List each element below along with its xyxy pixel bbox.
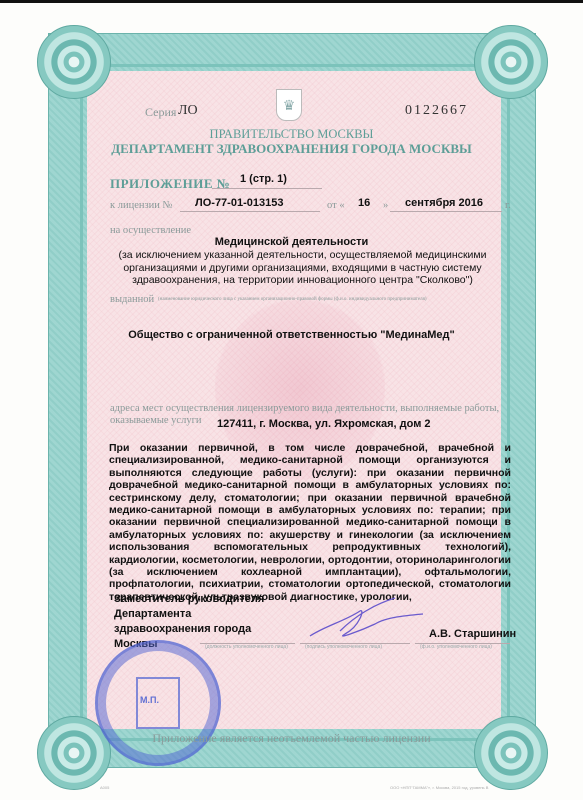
signatory-title-line: Департамента [114,607,264,622]
issued-label: выданной [110,294,154,305]
stamp-mp-text: М.П. [140,695,159,705]
department-name: ДЕПАРТАМЕНТ ЗДРАВООХРАНЕНИЯ ГОРОДА МОСКВ… [0,141,583,157]
activity-label: на осуществление [110,225,191,236]
license-label: к лицензии № [110,200,173,211]
rosette-icon [474,716,548,790]
appendix-underline [212,188,322,189]
issued-caption: (наименование юридического лица с указан… [158,297,427,302]
government-name: ПРАВИТЕЛЬСТВО МОСКВЫ [0,127,583,142]
signatory-title-line: Заместитель руководителя [114,592,264,607]
print-code-left: А005 [100,785,109,790]
signatory-name: А.В. Старшинин [429,628,516,640]
license-day: 16 [358,197,370,209]
license-underline [180,211,320,212]
license-month-year: сентября 2016 [405,197,483,209]
address-value: 127411, г. Москва, ул. Яхромская, дом 2 [217,418,431,430]
services-list: При оказании первичной, в том числе довр… [109,442,511,603]
russian-coat-of-arms-icon: ♛ [276,89,302,121]
year-suffix: г. [505,200,511,211]
appendix-number: 1 (стр. 1) [240,173,287,185]
series-value: ЛО [178,103,198,119]
license-number: ЛО-77-01-013153 [195,197,283,209]
rosette-icon [474,25,548,99]
position-caption: (должность уполномоченного лица) [205,644,288,650]
form-number: 0122667 [405,103,468,119]
signature-caption: (подпись уполномоченного лица) [305,644,382,650]
license-date-from-label: от « [327,200,345,211]
series-label: Серия [145,105,176,120]
printer-imprint: ООО «НПП"ГАММА"», г. Москва, 2015 год, у… [390,785,488,790]
signature-icon [305,596,425,646]
appendix-label: ПРИЛОЖЕНИЕ № [110,176,230,192]
rosette-icon [37,25,111,99]
name-caption: (ф.и.о. уполномоченного лица) [420,644,492,650]
activity-note: (за исключением указанной деятельности, … [100,249,505,287]
footer-note: Приложение является неотъемлемой частью … [0,731,583,746]
date-underline [390,211,502,212]
official-stamp-icon: М.П. [95,640,221,766]
license-day-close: » [383,200,388,211]
organization-name: Общество с ограниченной ответственностью… [0,329,583,341]
scan-top-edge [0,0,583,3]
signatory-title-line: здравоохранения города [114,622,264,637]
activity-title: Медицинской деятельности [0,236,583,248]
